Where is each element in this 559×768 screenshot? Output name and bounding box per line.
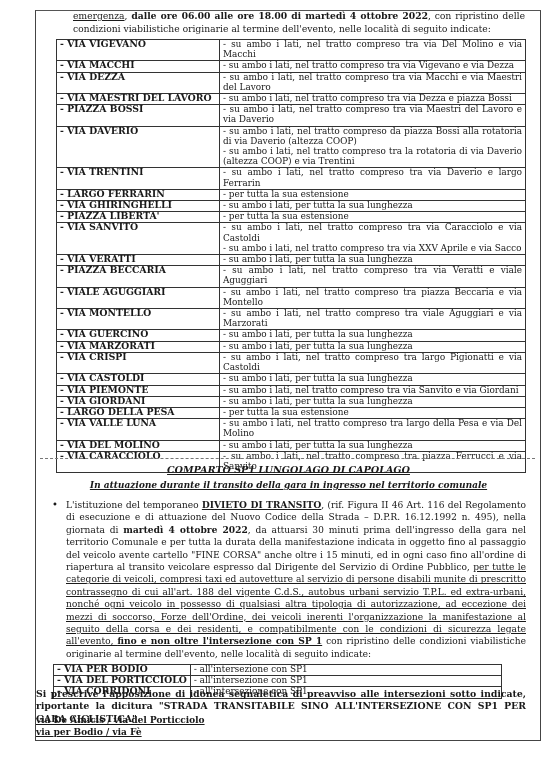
restriction-description: - all'intersezione con SP1 (190, 665, 501, 676)
street-name: - VIA PER BODIO (54, 665, 191, 676)
street-name: - VIA VIGEVANO (57, 40, 220, 61)
table-row: - VIA GIORDANI- su ambo i lati, per tutt… (57, 396, 526, 407)
bullet-text-1: L'istituzione del temporaneo (66, 501, 202, 511)
restriction-line: - su ambo i lati, nel tratto compreso tr… (223, 386, 522, 396)
table-row: - VIA SANVITO- su ambo i lati, nel tratt… (57, 223, 526, 255)
restriction-line: - su ambo i lati, per tutta la sua lungh… (223, 374, 522, 384)
restriction-line: - su ambo i lati, per tutta la sua lungh… (223, 397, 522, 407)
section-title: COMPARTO SP1 LUNGOLAGO DI CAPOLAGO (36, 465, 541, 476)
restriction-line: - su ambo i lati, nel tratto compreso tr… (223, 244, 522, 254)
street-name: - VIA MARZORATI (57, 341, 220, 352)
section-divider (40, 458, 535, 459)
restriction-line: - su ambo i lati, nel tratto compreso tr… (223, 94, 522, 104)
table-row: - VIA GUERCINO- su ambo i lati, per tutt… (57, 330, 526, 341)
table-row: - VIA VIGEVANO- su ambo i lati, nel trat… (57, 40, 526, 61)
restriction-description: - all'intersezione con SP1 (190, 676, 501, 687)
restriction-line: - su ambo i lati, nel tratto compreso tr… (223, 168, 522, 188)
bullet-icon: • (52, 500, 58, 511)
restriction-line: - su ambo i lati, per tutta la sua lungh… (223, 255, 522, 265)
table-row: - VIA CASTOLDI- su ambo i lati, per tutt… (57, 374, 526, 385)
restriction-line: - per tutta la sua estensione (223, 408, 522, 418)
restriction-line: - su ambo i lati, nel tratto compreso tr… (223, 40, 522, 60)
restriction-line: - su ambo i lati, nel tratto compreso tr… (223, 105, 522, 125)
street-name: - VIA GUERCINO (57, 330, 220, 341)
restriction-description: - su ambo i lati, nel tratto compreso tr… (219, 72, 525, 93)
table-row: - VIA PIEMONTE- su ambo i lati, nel trat… (57, 385, 526, 396)
restriction-description: - su ambo i lati, nel tratto compreso tr… (219, 94, 525, 105)
time-range: dalle ore 06.00 alle ore 18.00 di marted… (131, 11, 428, 22)
table-row: - VIA VALLE LUNA- su ambo i lati, nel tr… (57, 419, 526, 440)
street-name: - VIA CASTOLDI (57, 374, 220, 385)
table-row: - VIA VERATTI- su ambo i lati, per tutta… (57, 255, 526, 266)
table-row: - VIA MACCHI- su ambo i lati, nel tratto… (57, 61, 526, 72)
table-row: - VIA PER BODIO- all'intersezione con SP… (54, 665, 502, 676)
street-name: - VIA DAVERIO (57, 126, 220, 168)
intersection-item: via De Amicis / via del Porticciolo (36, 716, 205, 728)
restriction-description: - su ambo i lati, nel tratto compreso tr… (219, 168, 525, 189)
table-row: - LARGO DELLA PESA- per tutta la sua est… (57, 407, 526, 418)
restriction-line: - su ambo i lati, nel tratto compreso tr… (223, 309, 522, 329)
restriction-description: - per tutta la sua estensione (219, 189, 525, 200)
table-row: - PIAZZA LIBERTA'- per tutta la sua este… (57, 212, 526, 223)
restriction-line: - per tutta la sua estensione (223, 190, 522, 200)
restriction-line: - su ambo i lati, nel tratto compreso tr… (223, 147, 522, 167)
restriction-line: - su ambo i lati, per tutta la sua lungh… (223, 201, 522, 211)
restriction-description: - su ambo i lati, nel tratto compreso tr… (219, 40, 525, 61)
restriction-description: - su ambo i lati, nel tratto compreso tr… (219, 266, 525, 287)
restriction-description: - per tutta la sua estensione (219, 212, 525, 223)
street-name: - PIAZZA LIBERTA' (57, 212, 220, 223)
street-name: - VIA VALLE LUNA (57, 419, 220, 440)
restriction-line: - su ambo i lati, nel tratto compreso tr… (223, 288, 522, 308)
transit-ban-paragraph: L'istituzione del temporaneo DIVIETO DI … (66, 500, 526, 661)
restriction-line: - su ambo i lati, nel tratto compreso tr… (223, 61, 522, 71)
restriction-line: - su ambo i lati, per tutta la sua lungh… (223, 342, 522, 352)
intro-paragraph: emergenza, dalle ore 06.00 alle ore 18.0… (73, 11, 525, 36)
restriction-description: - su ambo i lati, per tutta la sua lungh… (219, 201, 525, 212)
table-row: - VIA DEZZA- su ambo i lati, nel tratto … (57, 72, 526, 93)
restriction-description: - per tutta la sua estensione (219, 407, 525, 418)
restriction-line: - per tutta la sua estensione (223, 212, 522, 222)
table-row: - VIA DEL MOLINO- su ambo i lati, per tu… (57, 440, 526, 451)
restriction-description: - su ambo i lati, per tutta la sua lungh… (219, 440, 525, 451)
restriction-line: - all'intersezione con SP1 (194, 676, 498, 686)
restriction-line: - su ambo i lati, nel tratto compreso tr… (223, 73, 522, 93)
table-row: - PIAZZA BECCARIA- su ambo i lati, nel t… (57, 266, 526, 287)
emergency-word: emergenza (73, 11, 125, 22)
street-name: - VIALE AGUGGIARI (57, 287, 220, 308)
restriction-description: - su ambo i lati, nel tratto compreso tr… (219, 61, 525, 72)
street-name: - PIAZZA BECCARIA (57, 266, 220, 287)
restriction-description: - su ambo i lati, nel tratto compreso tr… (219, 223, 525, 255)
street-name: - PIAZZA BOSSI (57, 105, 220, 126)
table-row: - VIA MAESTRI DEL LAVORO- su ambo i lati… (57, 94, 526, 105)
street-name: - VIA MACCHI (57, 61, 220, 72)
section-subtitle: In attuazione durante il transito della … (36, 481, 541, 491)
street-name: - VIA TRENTINI (57, 168, 220, 189)
restriction-description: - su ambo i lati, per tutta la sua lungh… (219, 396, 525, 407)
table-row: - VIA GHIRINGHELLI- su ambo i lati, per … (57, 201, 526, 212)
street-name: - VIA MAESTRI DEL LAVORO (57, 94, 220, 105)
table-row: - LARGO FERRARIN- per tutta la sua esten… (57, 189, 526, 200)
street-name: - VIA PIEMONTE (57, 385, 220, 396)
restriction-line: - su ambo i lati, nel tratto compreso tr… (223, 419, 522, 439)
table-row: - VIA MARZORATI- su ambo i lati, per tut… (57, 341, 526, 352)
restriction-line: - su ambo i lati, nel tratto compreso tr… (223, 266, 522, 286)
street-name: - VIA SANVITO (57, 223, 220, 255)
street-name: - VIA DEL MOLINO (57, 440, 220, 451)
intersection-item: via per Bodio / via Fè (36, 728, 205, 740)
street-name: - LARGO FERRARIN (57, 189, 220, 200)
table-row: - VIA MONTELLO- su ambo i lati, nel trat… (57, 309, 526, 330)
restriction-line: - su ambo i lati, per tutta la sua lungh… (223, 330, 522, 340)
restriction-line: - su ambo i lati, nel tratto compreso tr… (223, 223, 522, 243)
restriction-line: - su ambo i lati, per tutta la sua lungh… (223, 441, 522, 451)
ban-date: martedì 4 ottobre 2022 (123, 525, 248, 536)
table-row: - VIA CRISPI- su ambo i lati, nel tratto… (57, 352, 526, 373)
street-name: - VIA VERATTI (57, 255, 220, 266)
table-row: - PIAZZA BOSSI- su ambo i lati, nel trat… (57, 105, 526, 126)
vehicle-categories: per tutte le categorie di veicoli, compr… (66, 563, 526, 647)
street-name: - VIA DEL PORTICCIOLO (54, 676, 191, 687)
restriction-line: - su ambo i lati, nel tratto compreso da… (223, 127, 522, 147)
street-name: - VIA DEZZA (57, 72, 220, 93)
restriction-description: - su ambo i lati, nel tratto compreso tr… (219, 352, 525, 373)
restriction-description: - su ambo i lati, nel tratto compreso tr… (219, 309, 525, 330)
transit-ban-label: DIVIETO DI TRANSITO (202, 500, 321, 511)
restriction-description: - su ambo i lati, nel tratto compreso da… (219, 126, 525, 168)
restriction-line: - su ambo i lati, nel tratto compreso tr… (223, 353, 522, 373)
restriction-description: - su ambo i lati, nel tratto compreso tr… (219, 287, 525, 308)
restriction-description: - su ambo i lati, per tutta la sua lungh… (219, 330, 525, 341)
intersections-list: via De Amicis / via del Porticciolo via … (36, 716, 205, 739)
street-name: - VIA GHIRINGHELLI (57, 201, 220, 212)
restriction-description: - su ambo i lati, nel tratto compreso tr… (219, 385, 525, 396)
street-name: - VIA GIORDANI (57, 396, 220, 407)
sp1-limit: fino e non oltre l'intersezione con SP 1 (117, 636, 322, 647)
table-row: - VIA TRENTINI- su ambo i lati, nel trat… (57, 168, 526, 189)
table-row: - VIA DEL PORTICCIOLO- all'intersezione … (54, 676, 502, 687)
restriction-description: - su ambo i lati, nel tratto compreso tr… (219, 419, 525, 440)
street-name: - VIA CRISPI (57, 352, 220, 373)
table-row: - VIA DAVERIO- su ambo i lati, nel tratt… (57, 126, 526, 168)
table-row: - VIALE AGUGGIARI- su ambo i lati, nel t… (57, 287, 526, 308)
street-name: - VIA MONTELLO (57, 309, 220, 330)
restriction-description: - su ambo i lati, nel tratto compreso tr… (219, 105, 525, 126)
street-closures-table: - VIA VIGEVANO- su ambo i lati, nel trat… (56, 39, 526, 473)
restriction-line: - all'intersezione con SP1 (194, 665, 498, 675)
restriction-description: - su ambo i lati, per tutta la sua lungh… (219, 255, 525, 266)
restriction-description: - su ambo i lati, per tutta la sua lungh… (219, 374, 525, 385)
restriction-description: - su ambo i lati, per tutta la sua lungh… (219, 341, 525, 352)
street-name: - LARGO DELLA PESA (57, 407, 220, 418)
street-closures-body: - VIA VIGEVANO- su ambo i lati, nel trat… (57, 40, 526, 473)
